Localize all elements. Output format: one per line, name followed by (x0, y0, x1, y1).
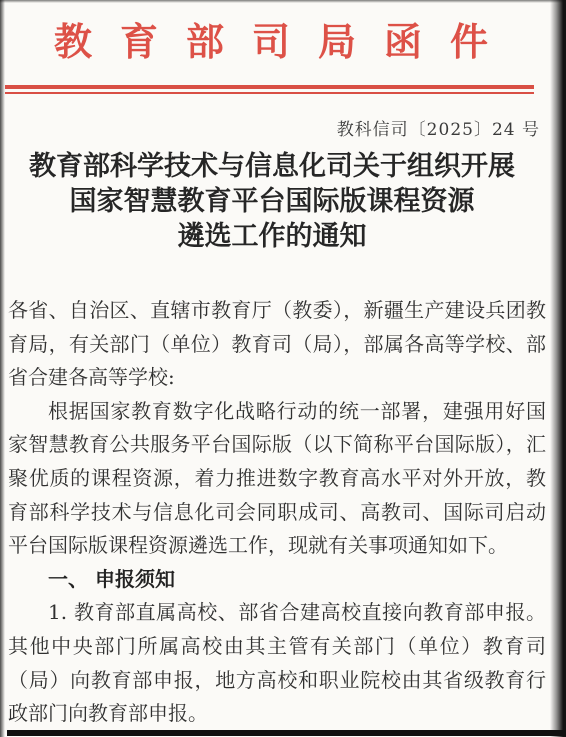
document-title-line-2: 国家智慧教育平台国际版课程资源 (4, 184, 540, 219)
addressee-paragraph: 各省、自治区、直辖市教育厅（教委），新疆生产建设兵团教育局，有关部门（单位）教育… (8, 294, 546, 395)
scan-edge-bottom (7, 730, 566, 736)
section-1-heading: 一、 申报须知 (8, 563, 546, 597)
document-title-line-1: 教育部科学技术与信息化司关于组织开展 (4, 149, 540, 184)
document-number: 教科信司〔2025〕24 号 (337, 115, 540, 140)
red-divider-thick-line (5, 85, 534, 89)
letterhead-title: 教育部司局函件 (6, 20, 536, 64)
document-title-line-3: 遴选工作的通知 (4, 219, 540, 254)
document-title: 教育部科学技术与信息化司关于组织开展 国家智慧教育平台国际版课程资源 遴选工作的… (4, 149, 540, 254)
scanned-document-page: 教育部司局函件 教科信司〔2025〕24 号 教育部科学技术与信息化司关于组织开… (0, 0, 566, 737)
scan-edge-top (0, 0, 566, 3)
red-divider-thin-line (5, 92, 534, 94)
intro-paragraph: 根据国家教育数字化战略行动的统一部署，建强用好国家智慧教育公共服务平台国际版（以… (8, 395, 546, 563)
document-body: 各省、自治区、直辖市教育厅（教委），新疆生产建设兵团教育局，有关部门（单位）教育… (8, 294, 546, 731)
section-1-item-1-paragraph: 1. 教育部直属高校、部省合建高校直接向教育部申报。其他中央部门所属高校由其主管… (8, 596, 546, 730)
scan-edge-right (550, 0, 566, 737)
red-divider (5, 85, 534, 94)
scan-edge-left (0, 0, 5, 737)
